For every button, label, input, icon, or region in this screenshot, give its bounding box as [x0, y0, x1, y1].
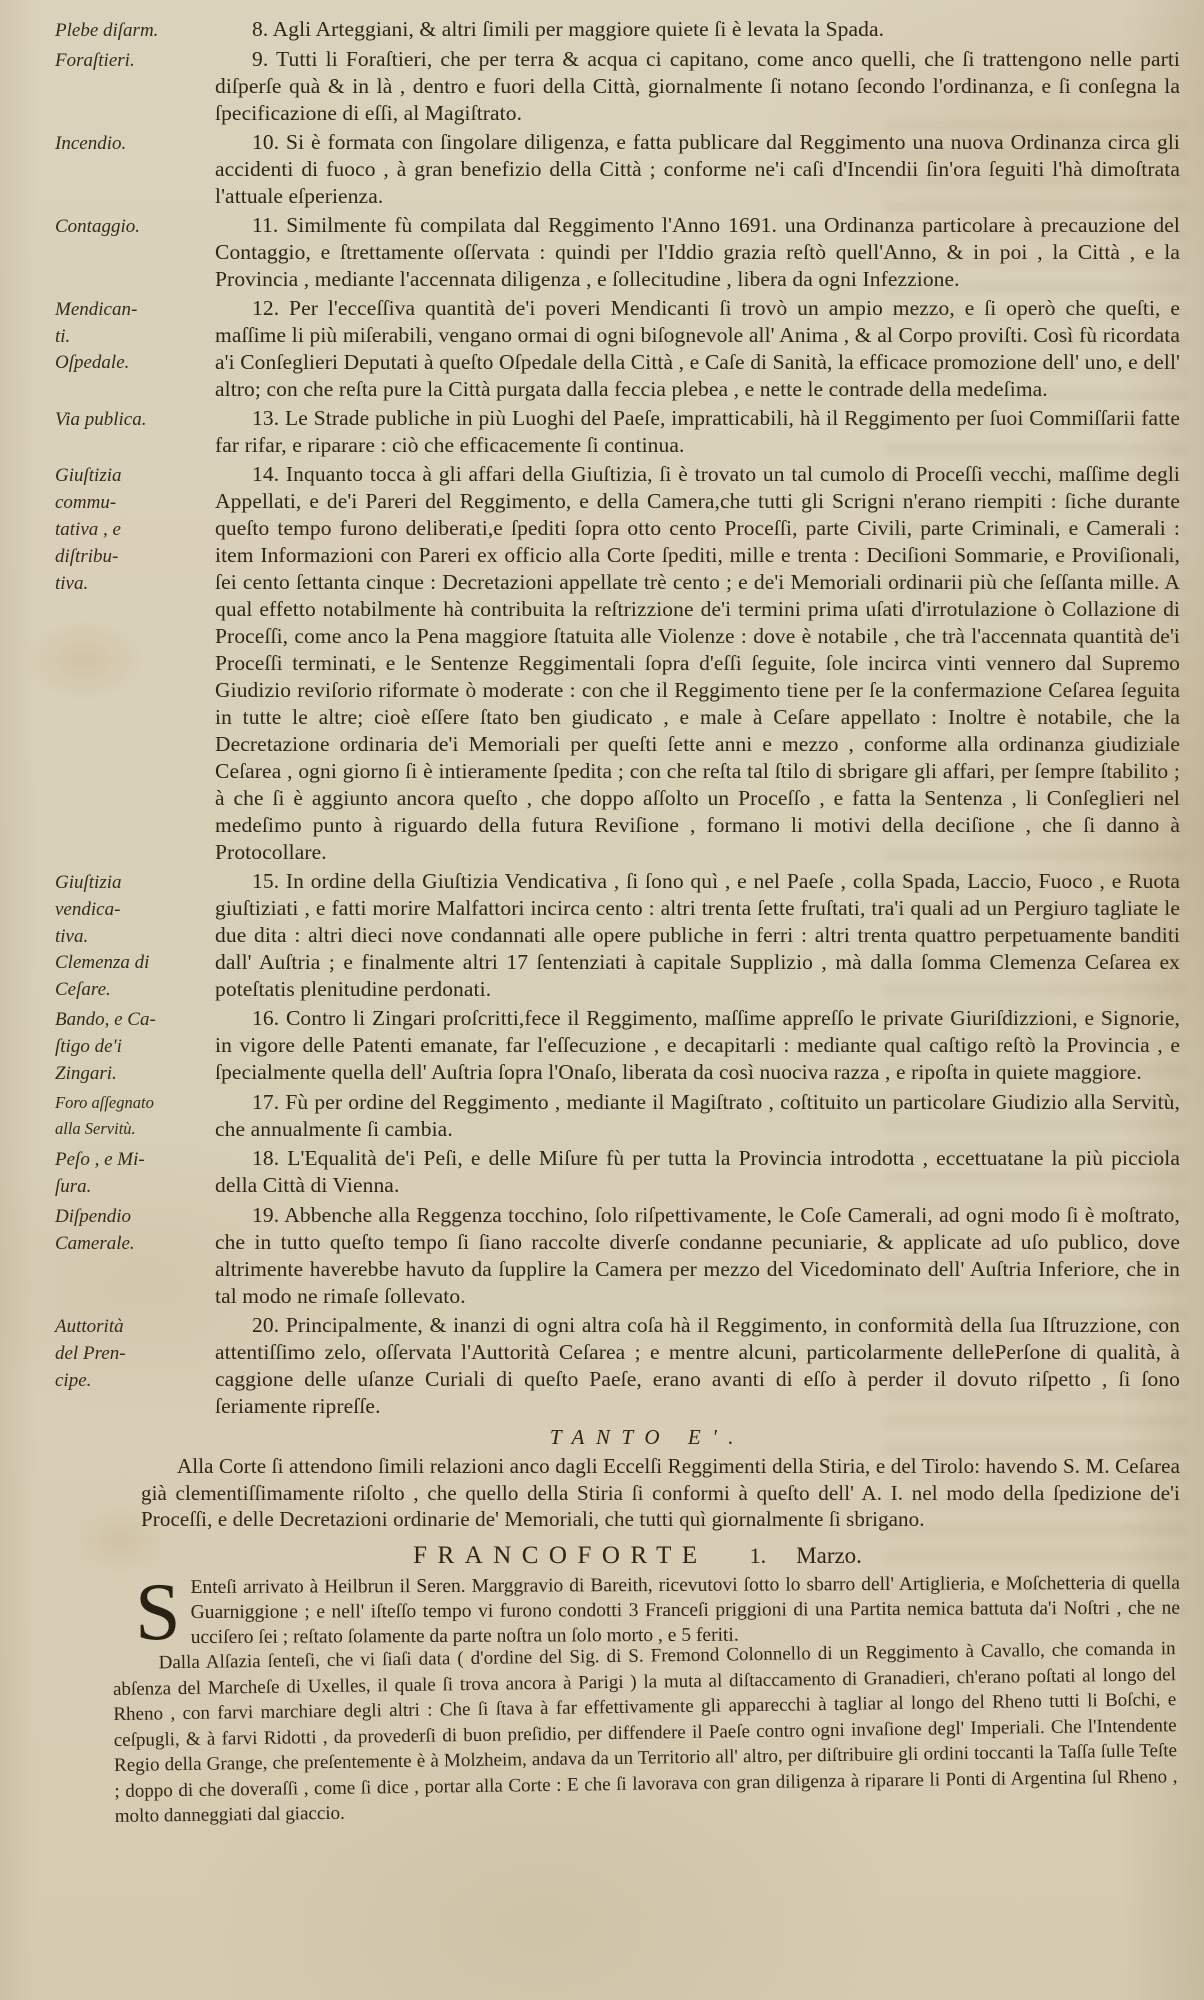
- paragraph-text: 12. Per l'ecceſſiva quantità de'i poveri…: [215, 295, 1180, 403]
- dateline-francoforte: FRANCOFORTE1.Marzo.: [95, 1542, 1180, 1570]
- paragraph-text: 14. Inquanto tocca à gli affari della Gi…: [215, 461, 1180, 866]
- margin-note: Bando, e Ca- ſtigo de'i Zingari.: [55, 1005, 215, 1087]
- closing-paragraph: Alla Corte ſi attendono ſimili relazioni…: [141, 1453, 1180, 1533]
- margin-note-primary: Mendican- ti.: [55, 299, 137, 347]
- margin-note: Foraſtieri.: [55, 46, 215, 127]
- paragraph-text: 11. Similmente fù compilata dal Reggimen…: [215, 212, 1180, 293]
- paragraph-text: 20. Principalmente, & inanzi di ogni alt…: [215, 1312, 1180, 1420]
- margin-note: Giuſtizia vendica- tiva.Clemenza di Ceſa…: [55, 868, 215, 1003]
- margin-note: Peſo , e Mi- ſura.: [55, 1145, 215, 1200]
- margin-note: Mendican- ti.Oſpedale.: [55, 295, 215, 403]
- margin-note: Giuſtizia commu- tativa , e diſtribu- ti…: [55, 461, 215, 866]
- margin-note: Auttorità del Pren- cipe.: [55, 1312, 215, 1420]
- paragraph-text: 18. L'Equalità de'i Peſi, e delle Miſure…: [215, 1145, 1180, 1200]
- section-heading-tanto: TANTO E'.: [115, 1424, 1180, 1451]
- entry-row: Giuſtizia vendica- tiva.Clemenza di Ceſa…: [55, 868, 1180, 1003]
- paragraph-text: 9. Tutti li Foraſtieri, che per terra & …: [215, 46, 1180, 127]
- entry-row: Incendio. 10. Si è formata con ſingolare…: [55, 129, 1180, 210]
- drop-cap: S: [135, 1581, 181, 1643]
- paragraph-text: 13. Le Strade publiche in più Luoghi del…: [215, 405, 1180, 459]
- entry-row: Giuſtizia commu- tativa , e diſtribu- ti…: [55, 461, 1180, 866]
- entry-row: Peſo , e Mi- ſura. 18. L'Equalità de'i P…: [55, 1145, 1180, 1200]
- entry-row: Via publica. 13. Le Strade publiche in p…: [55, 405, 1180, 459]
- entry-row: Contaggio. 11. Similmente fù compilata d…: [55, 212, 1180, 293]
- paragraph-text: 15. In ordine della Giuſtizia Vendicativ…: [215, 868, 1180, 1003]
- dateline-city: FRANCOFORTE: [413, 1542, 708, 1569]
- entry-row: Foro aſſegnato alla Servitù. 17. Fù per …: [55, 1089, 1180, 1143]
- margin-note-primary: Giuſtizia vendica- tiva.: [55, 872, 122, 947]
- francoforte-text: Enteſi arrivato à Heilbrun il Seren. Mar…: [190, 1572, 1180, 1647]
- margin-note: Plebe diſarm.: [55, 16, 215, 44]
- paragraph-text: 8. Agli Arteggiani, & altri ſimili per m…: [215, 16, 1180, 44]
- alsace-paragraph: Dalla Alſazia ſenteſi, che vi ſiaſi data…: [113, 1636, 1178, 1829]
- margin-note: Foro aſſegnato alla Servitù.: [55, 1089, 215, 1143]
- entry-row: Plebe diſarm. 8. Agli Arteggiani, & altr…: [55, 16, 1180, 44]
- margin-note-secondary: Clemenza di Ceſare.: [55, 949, 149, 1003]
- margin-note: Diſpendio Camerale.: [55, 1202, 215, 1310]
- entry-row: Mendican- ti.Oſpedale. 12. Per l'ecceſſi…: [55, 295, 1180, 403]
- entry-row: Diſpendio Camerale. 19. Abbenche alla Re…: [55, 1202, 1180, 1310]
- margin-note-secondary: Oſpedale.: [55, 349, 129, 376]
- paragraph-text: 19. Abbenche alla Reggenza tocchino, ſol…: [215, 1202, 1180, 1310]
- dateline-day: 1.: [750, 1543, 767, 1568]
- paragraph-text: 10. Si è formata con ſingolare diligenza…: [215, 129, 1180, 210]
- entry-row: Auttorità del Pren- cipe. 20. Principalm…: [55, 1312, 1180, 1420]
- margin-note: Incendio.: [55, 129, 215, 210]
- margin-note: Via publica.: [55, 405, 215, 459]
- document-page: Plebe diſarm. 8. Agli Arteggiani, & altr…: [0, 0, 1204, 2000]
- dateline-month: Marzo.: [796, 1543, 862, 1568]
- paragraph-text: 17. Fù per ordine del Reggimento , media…: [215, 1089, 1180, 1143]
- entry-row: Foraſtieri. 9. Tutti li Foraſtieri, che …: [55, 46, 1180, 127]
- entry-row: Bando, e Ca- ſtigo de'i Zingari. 16. Con…: [55, 1005, 1180, 1087]
- paragraph-text: 16. Contro li Zingari proſcritti,fece il…: [215, 1005, 1180, 1087]
- margin-note: Contaggio.: [55, 212, 215, 293]
